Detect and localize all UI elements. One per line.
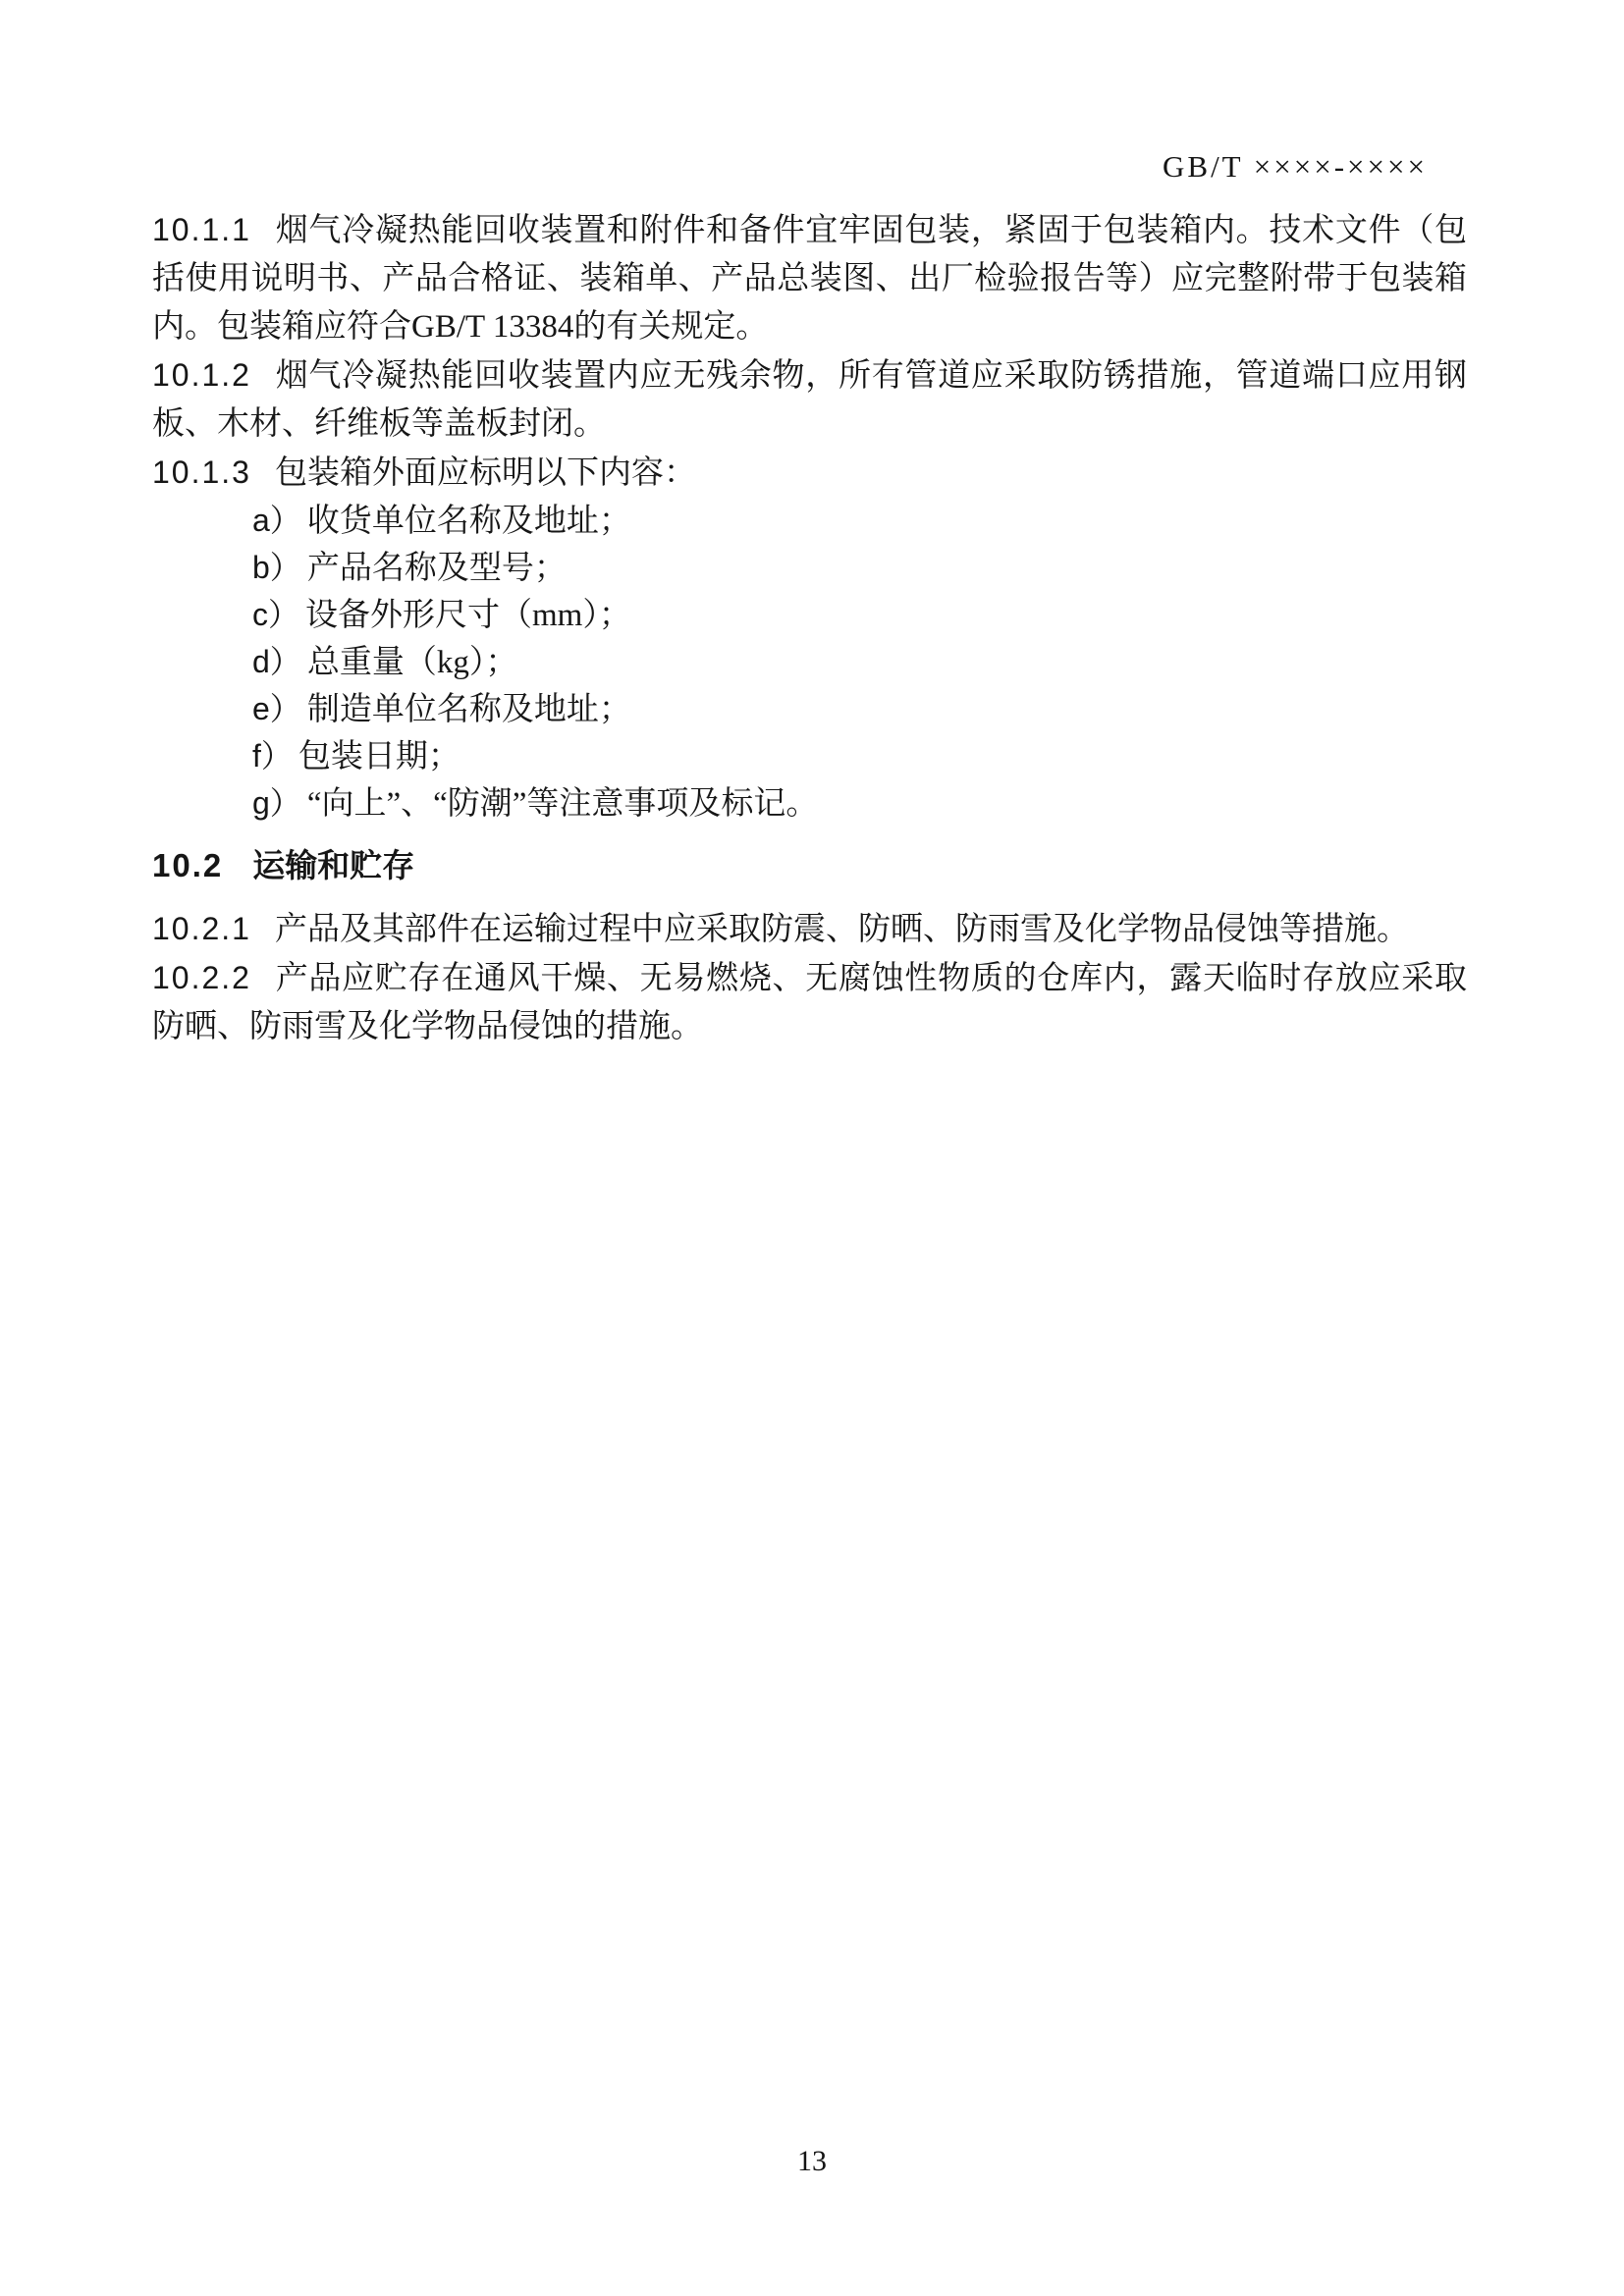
- section-title: 运输和贮存: [252, 847, 414, 883]
- page-number: 13: [797, 2145, 827, 2177]
- list-item-label: a）: [252, 503, 301, 538]
- clause-number: 10.2.1: [152, 911, 251, 946]
- clause-text: 烟气冷凝热能回收装置和附件和备件宜牢固包装，紧固于包装箱内。技术文件（包括使用说…: [152, 213, 1467, 345]
- clause-number: 10.1.1: [152, 212, 251, 247]
- page-header: GB/T ××××-××××: [0, 0, 1624, 187]
- section-number: 10.2: [152, 847, 223, 883]
- clause-text: 烟气冷凝热能回收装置内应无残余物，所有管道应采取防锈措施，管道端口应用钢板、木材…: [152, 358, 1467, 442]
- list-item-label: c）: [252, 597, 299, 632]
- list-item-label: e）: [252, 691, 301, 726]
- list-item-f: f）包装日期；: [252, 733, 1467, 780]
- clause-10-1-2: 10.1.2烟气冷凝热能回收装置内应无残余物，所有管道应采取防锈措施，管道端口应…: [152, 351, 1467, 449]
- list-item-text: 包装日期；: [298, 739, 460, 774]
- clause-10-2-2: 10.2.2产品应贮存在通风干燥、无易燃烧、无腐蚀性物质的仓库内，露天临时存放应…: [152, 954, 1467, 1051]
- list-item-text: 产品名称及型号；: [307, 551, 567, 586]
- list-item-b: b）产品名称及型号；: [252, 545, 1467, 592]
- clause-text: 产品及其部件在运输过程中应采取防震、防晒、防雨雪及化学物品侵蚀等措施。: [275, 912, 1409, 947]
- list-item-text: “向上”、“防潮”等注意事项及标记。: [307, 786, 819, 822]
- clause-text: 包装箱外面应标明以下内容：: [275, 455, 696, 491]
- document-page: GB/T ××××-×××× 10.1.1烟气冷凝热能回收装置和附件和备件宜牢固…: [0, 0, 1624, 2296]
- standard-code: GB/T ××××-××××: [1163, 149, 1428, 184]
- list-item-d: d）总重量（kg）；: [252, 639, 1467, 686]
- clause-text: 产品应贮存在通风干燥、无易燃烧、无腐蚀性物质的仓库内，露天临时存放应采取防晒、防…: [152, 961, 1467, 1044]
- section-heading-10-2: 10.2运输和贮存: [152, 841, 1467, 889]
- page-footer: 13: [0, 2145, 1624, 2178]
- list-item-c: c）设备外形尺寸（mm）；: [252, 592, 1467, 639]
- document-content: 10.1.1烟气冷凝热能回收装置和附件和备件宜牢固包装，紧固于包装箱内。技术文件…: [0, 206, 1624, 1051]
- clause-number: 10.2.2: [152, 960, 251, 995]
- list-item-text: 总重量（kg）；: [307, 645, 518, 680]
- list-item-text: 设备外形尺寸（mm）；: [305, 598, 631, 633]
- list-item-label: d）: [252, 644, 301, 679]
- clause-10-1-1: 10.1.1烟气冷凝热能回收装置和附件和备件宜牢固包装，紧固于包装箱内。技术文件…: [152, 206, 1467, 351]
- clause-10-2-1: 10.2.1产品及其部件在运输过程中应采取防震、防晒、防雨雪及化学物品侵蚀等措施…: [152, 905, 1467, 954]
- list-item-g: g）“向上”、“防潮”等注意事项及标记。: [252, 780, 1467, 828]
- list-item-label: f）: [252, 738, 293, 774]
- clause-10-1-3: 10.1.3包装箱外面应标明以下内容：: [152, 449, 1467, 498]
- list-item-text: 制造单位名称及地址；: [307, 692, 631, 727]
- list-item-a: a）收货单位名称及地址；: [252, 498, 1467, 545]
- list-item-e: e）制造单位名称及地址；: [252, 686, 1467, 733]
- marking-items-list: a）收货单位名称及地址； b）产品名称及型号； c）设备外形尺寸（mm）； d）…: [252, 498, 1467, 828]
- list-item-label: g）: [252, 785, 301, 821]
- list-item-text: 收货单位名称及地址；: [307, 504, 631, 539]
- clause-number: 10.1.3: [152, 454, 251, 490]
- clause-number: 10.1.2: [152, 357, 251, 393]
- list-item-label: b）: [252, 550, 301, 585]
